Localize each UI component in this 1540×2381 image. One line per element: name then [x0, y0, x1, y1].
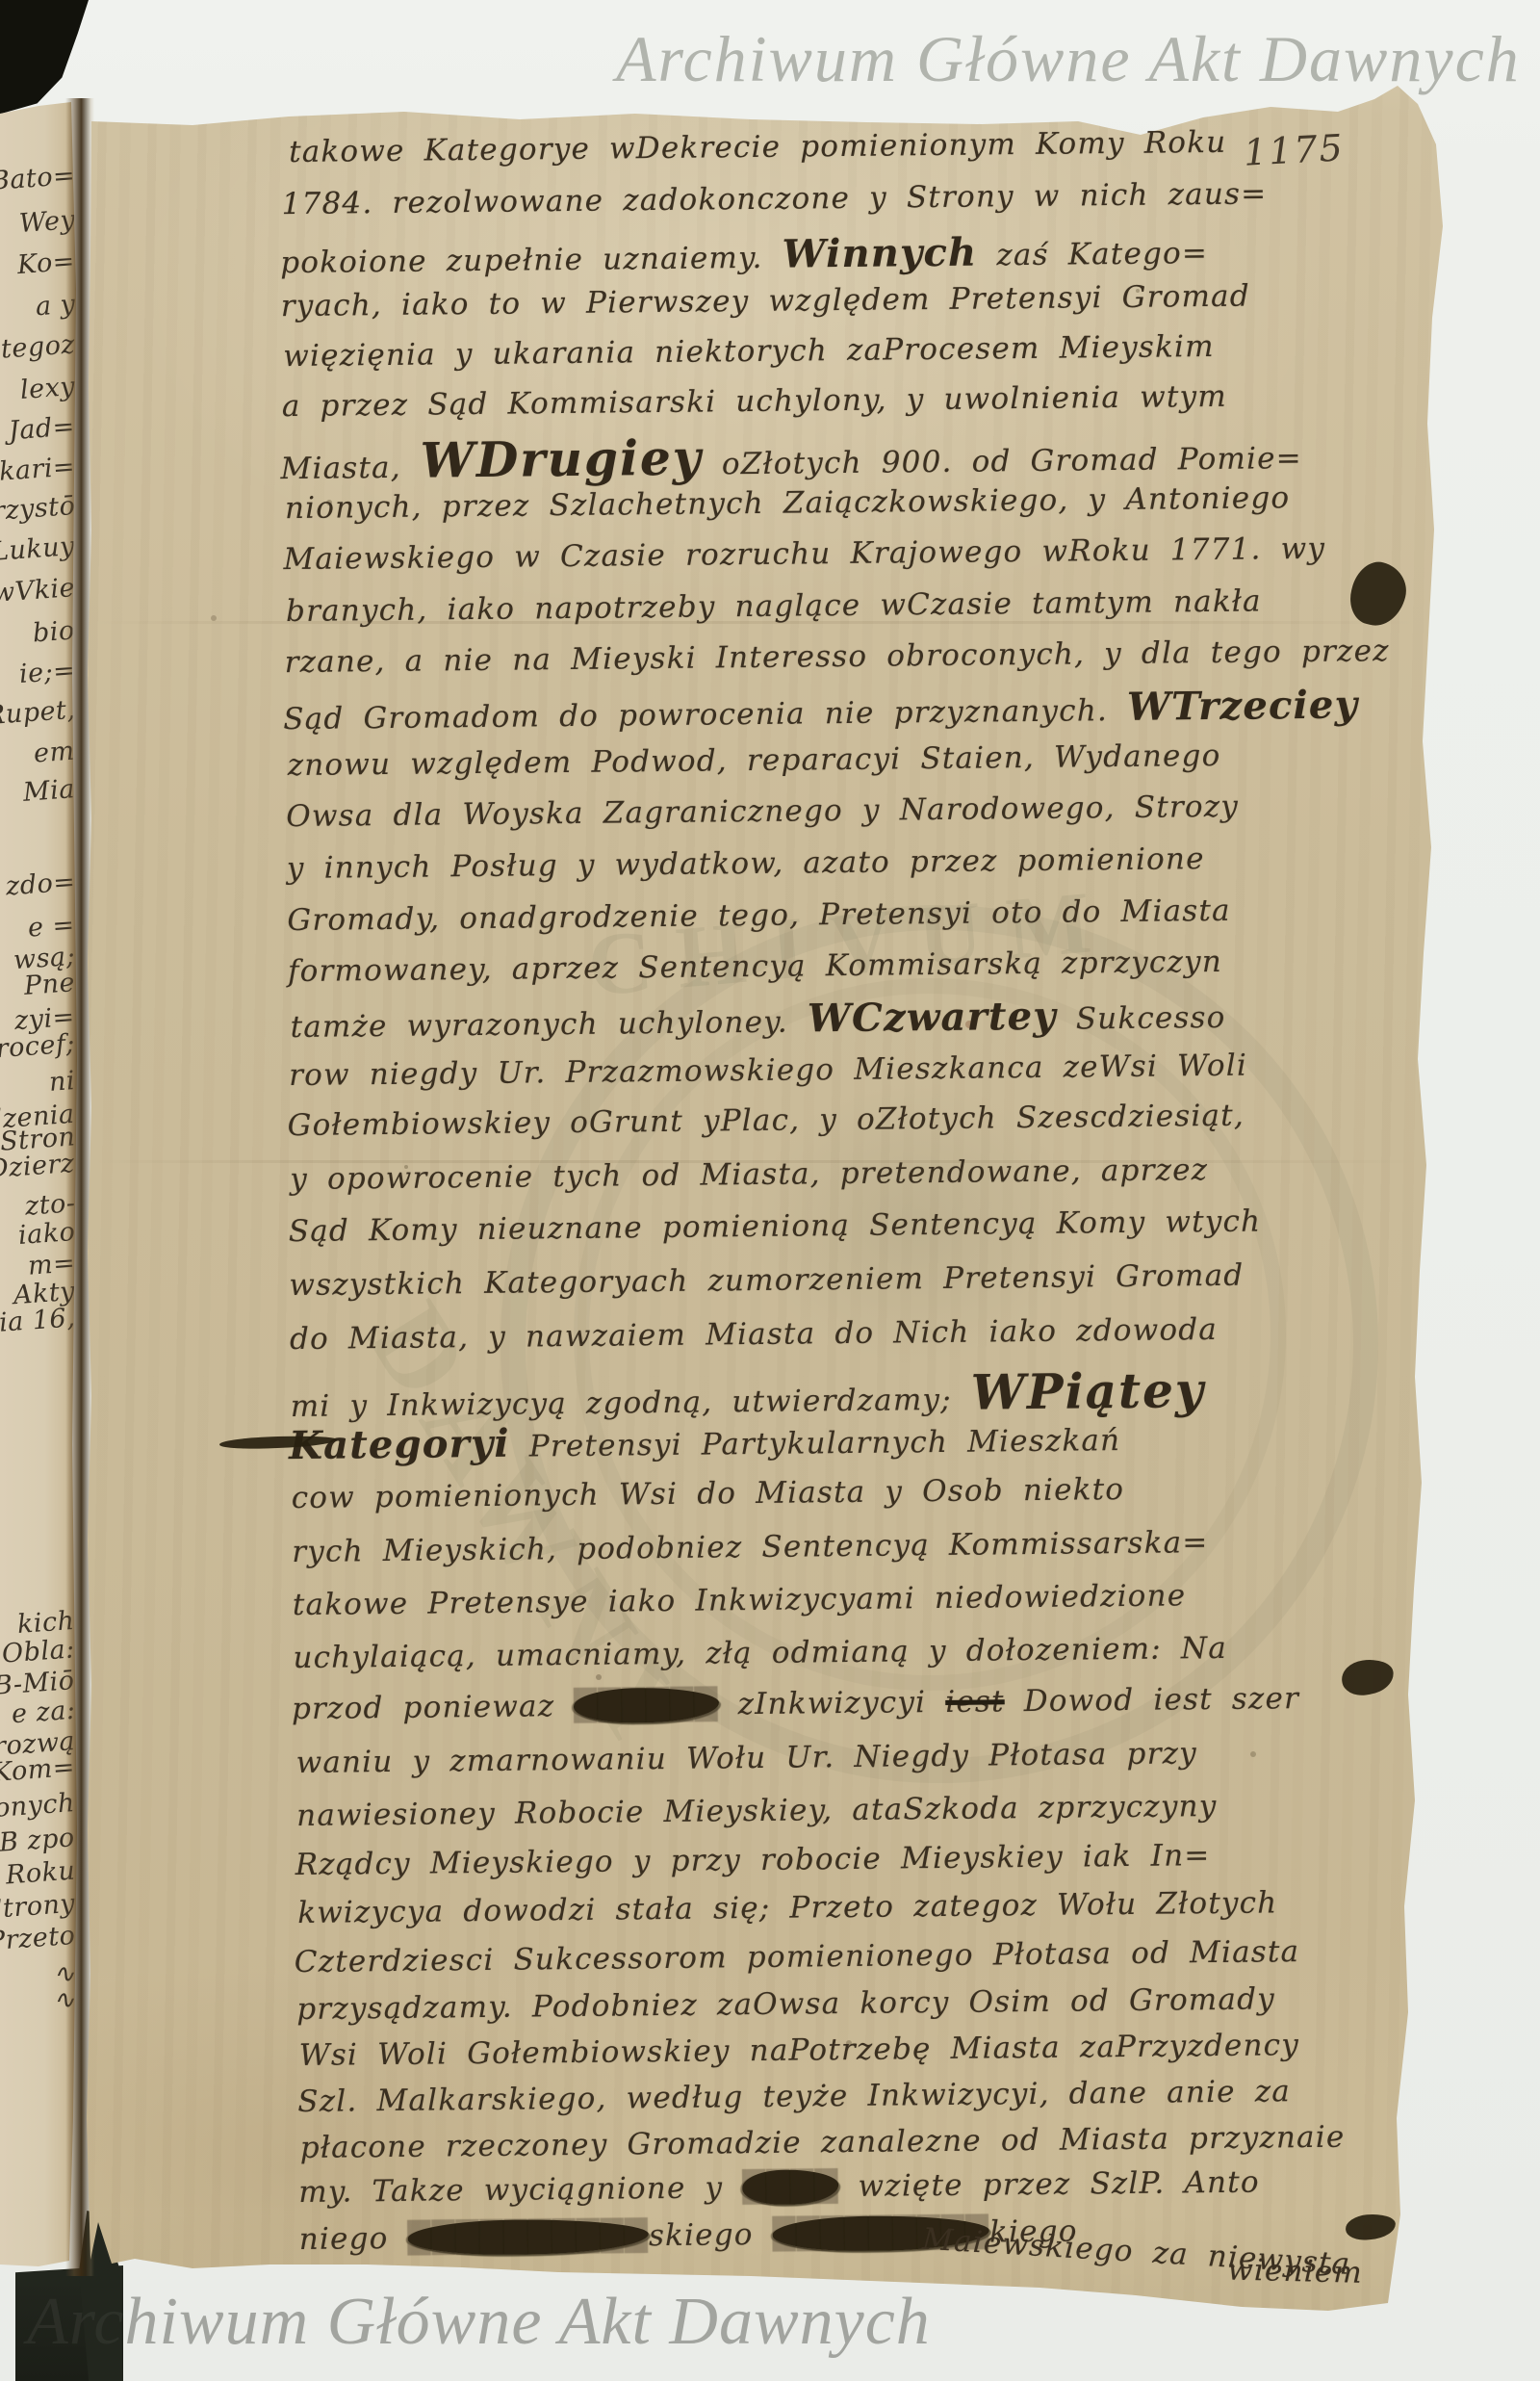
ink-blot: [219, 1435, 337, 1450]
archival-scan: Bato=WeyKo=a ytegozlexyJad=kari=rzystōLu…: [0, 0, 1540, 2381]
ink-blot: [1340, 1656, 1396, 1697]
ink-blot: [1345, 2213, 1397, 2241]
ink-blot: [1345, 556, 1412, 632]
archive-watermark-bottom: Archiwum Główne Akt Dawnych: [27, 2284, 931, 2361]
ink-blot-layer: [0, 0, 1540, 2381]
archive-watermark-top: Archiwum Główne Akt Dawnych: [616, 21, 1521, 97]
